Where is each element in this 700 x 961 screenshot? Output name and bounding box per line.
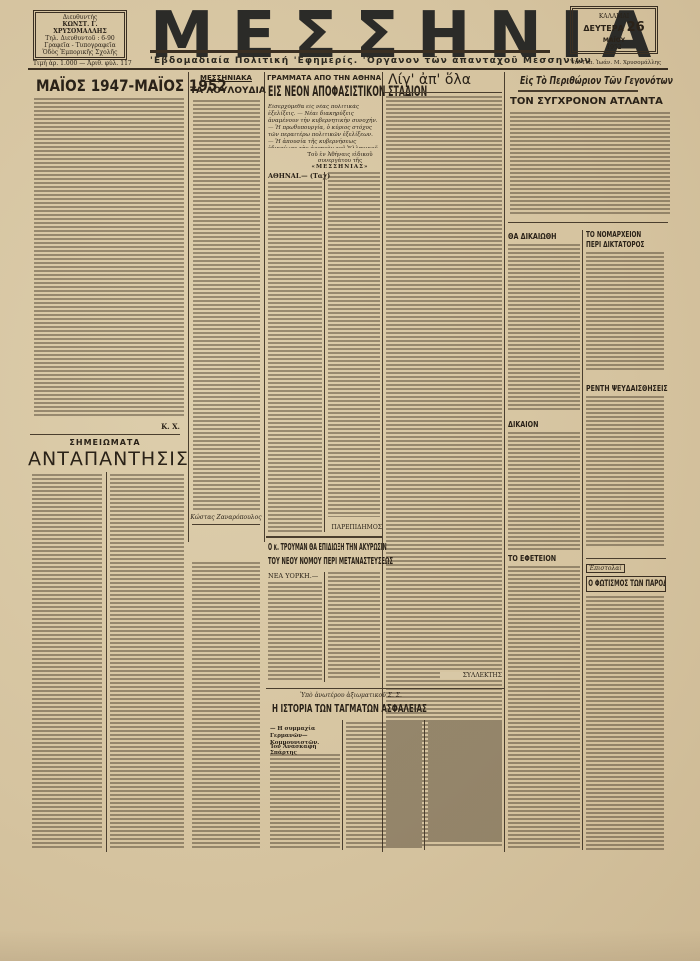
ligo-signature: ΣΥΛΛΕΚΤΗΣ xyxy=(440,672,502,679)
tagmata-kicker: Ὑπὸ ἀνωτέρου ἀξιωματικοῦ Σ. Σ. xyxy=(300,692,402,699)
column-rule xyxy=(504,72,505,852)
may-signature: Κ. Χ. xyxy=(120,422,180,431)
column-rule xyxy=(324,572,325,682)
year-label: 1952 xyxy=(573,44,655,51)
messiniaka-headline: ΤΑ ΛΟΥΛΟΥΔΙΑ xyxy=(190,86,262,96)
publisher-name: ΚΩΝΣΤ. Γ. ΧΡΥΣΟΜΑΛΛΗΣ xyxy=(38,21,122,35)
section-rule xyxy=(30,434,180,435)
antapantisis-kicker: ΣΗΜΕΙΩΜΑΤΑ xyxy=(30,438,180,447)
section-rule xyxy=(508,222,668,223)
publisher-offices: Γραφεῖα - Τυπογραφεῖα xyxy=(38,42,122,49)
truman-headline-1: Ο κ. ΤΡΟΥΜΑΝ ΘΑ ΕΠΙΔΙΩΞΗ ΤΗΝ ΑΚΥΡΩΣΙΝ xyxy=(268,542,387,553)
column-rule xyxy=(264,72,265,542)
issue-price: Τιμή ἀρ. 1.000 — Ἀριθ. φύλ. 117 xyxy=(33,60,132,67)
may-body-text xyxy=(34,98,184,418)
letters-body-1 xyxy=(268,182,322,532)
ligo-headline: Λίγ' ἀπ' ὅλα xyxy=(388,72,471,88)
tagmata-body-2 xyxy=(346,722,422,850)
section-rule xyxy=(518,90,638,92)
month-label: ΜΑΪΟΥ xyxy=(603,37,625,44)
column-rule xyxy=(106,472,107,852)
newspaper-subtitle: 'Εβδομαδιαία Πολιτική 'Εφημερίς. 'Όργανο… xyxy=(150,56,592,66)
letters-dateline: ΑΘΗΝΑΙ.— (Ταχ) xyxy=(268,172,330,180)
fotismos-body xyxy=(586,596,664,850)
tagmata-headline: Η ΙΣΤΟΡΙΑ ΤΩΝ ΤΑΓΜΑΤΩΝ ΑΣΦΑΛΕΙΑΣ xyxy=(272,702,427,715)
truman-headline-2: ΤΟΥ ΝΕΟΥ ΝΟΜΟΥ ΠΕΡΙ ΜΕΤΑΝΑΣΤΕΥΣΕΩΣ xyxy=(268,556,393,567)
day-label: ΔΕΥΤΕΡΑ xyxy=(583,24,623,33)
antapantisis-body-1 xyxy=(32,474,102,850)
messiniaka-signature: Κώστας Ζαναρόπουλος xyxy=(190,514,262,521)
section-rule xyxy=(266,688,504,689)
efetein-headline: ΤΟ ΕΦΕΤΕΙΟΝ xyxy=(508,554,556,563)
antapantisis-headline: ΑΝΤΑΠΑΝΤΗΣΙΣ xyxy=(28,448,182,470)
letters-signature: ΠΑΡΕΠΙΔΗΜΟΣ xyxy=(326,524,382,531)
city-label: ΚΑΛΑΜΑΙ xyxy=(573,13,655,20)
rena-headline: ΡΕΝΤΗ ΨΕΥΔΑΙΣΘΗΣΕΙΣ xyxy=(586,384,668,393)
column-rule xyxy=(582,230,583,850)
messiniaka-kicker: ΜΕΣΣΗΝΙΑΚΑ xyxy=(190,74,262,82)
dikastiko-body xyxy=(508,244,580,412)
efetein-body xyxy=(508,566,580,850)
rena-body xyxy=(586,396,664,546)
antapantisis-body-3 xyxy=(192,562,260,850)
column-rule xyxy=(324,172,325,532)
column-rule xyxy=(188,72,189,542)
dikastiko-headline: ΘΑ ΔΙΚΑΙΩΘΗ xyxy=(508,232,556,241)
section-rule xyxy=(586,558,666,559)
fotismos-kicker: Ἐπιστολαί xyxy=(586,564,625,573)
publisher-box: Διευθυντής ΚΩΝΣΤ. Γ. ΧΡΥΣΟΜΑΛΛΗΣ Τηλ. Δι… xyxy=(33,10,127,60)
letters-body-2 xyxy=(328,172,380,517)
truman-body-1 xyxy=(268,582,322,680)
antapantisis-body-2 xyxy=(110,474,184,850)
publisher-phone: Τηλ. Διευθυντοῦ : 6-90 xyxy=(38,35,122,42)
letters-byline-2: «ΜΕΣΣΗΝΙΑΣ» xyxy=(300,164,380,170)
printer-label: Ὑπ. Τυπ. Ἰωάν. Μ. Χρυσομάλλης xyxy=(570,60,661,66)
letters-kicker: ΓΡΑΜΜΑΤΑ ΑΠΟ ΤΗΝ ΑΘΗΝΑ xyxy=(266,74,382,82)
letters-byline: Τοῦ ἐν Ἀθήναις εἰδικοῦ συνεργάτου τῆς «Μ… xyxy=(300,152,380,170)
dikaio-body xyxy=(508,432,580,552)
section-rule xyxy=(266,536,382,538)
messiniaka-body-text xyxy=(193,100,260,510)
newspaper-page: Διευθυντής ΚΩΝΣΤ. Γ. ΧΡΥΣΟΜΑΛΛΗΣ Τηλ. Δι… xyxy=(0,0,700,961)
dikaio-headline: ΔΙΚΑΙΟΝ xyxy=(508,420,538,429)
truman-dateline: ΝΕΑ ΥΟΡΚΗ.— xyxy=(268,572,318,580)
fotismos-headline: Ο ΦΩΤΙΣΜΟΣ ΤΩΝ ΠΑΡΟΔΩΝ xyxy=(587,577,635,591)
events-headline: ΤΟΝ ΣΥΓΧΡΟΝΟΝ ΑΤΛΑΝΤΑ xyxy=(510,96,660,107)
bottom-margin xyxy=(0,930,700,961)
tagmata-body-3 xyxy=(428,722,502,840)
publisher-label: Διευθυντής xyxy=(38,14,122,21)
column-rule xyxy=(424,720,425,850)
date-number: 26 xyxy=(627,20,645,35)
events-section: Εἰς Τὸ Περιθώριον Τῶν Γεγονότων xyxy=(520,74,673,87)
tagmata-body-1 xyxy=(270,754,340,850)
truman-body-2 xyxy=(328,572,380,680)
header-divider xyxy=(28,68,668,70)
publisher-address: Ὁδὸς Ἐμπορικῆς Σχολῆς xyxy=(38,49,122,56)
section-rule xyxy=(384,92,502,93)
events-body-text xyxy=(510,112,670,216)
letters-byline-1: Τοῦ ἐν Ἀθήναις εἰδικοῦ συνεργάτου τῆς xyxy=(300,152,380,164)
date-box: ΚΑΛΑΜΑΙ ΔΕΥΤΕΡΑ 26 ΜΑΪΟΥ 1952 xyxy=(570,6,658,54)
nomarxeion-headline: ΤΟ ΝΟΜΑΡΧΕΙΟΝ ΠΕΡΙ ΔΙΚΤΑΤΟΡΟΣ xyxy=(586,230,658,250)
nomarxeion-body xyxy=(586,252,664,372)
fotismos-headline-box: Ο ΦΩΤΙΣΜΟΣ ΤΩΝ ΠΑΡΟΔΩΝ xyxy=(586,576,666,592)
column-rule xyxy=(342,720,343,850)
letters-deck: Εἰσερχόμεθα εἰς νέας πολιτικὰς ἐξελίξεις… xyxy=(268,104,380,148)
masthead-rule xyxy=(150,50,550,53)
section-rule xyxy=(192,524,260,525)
